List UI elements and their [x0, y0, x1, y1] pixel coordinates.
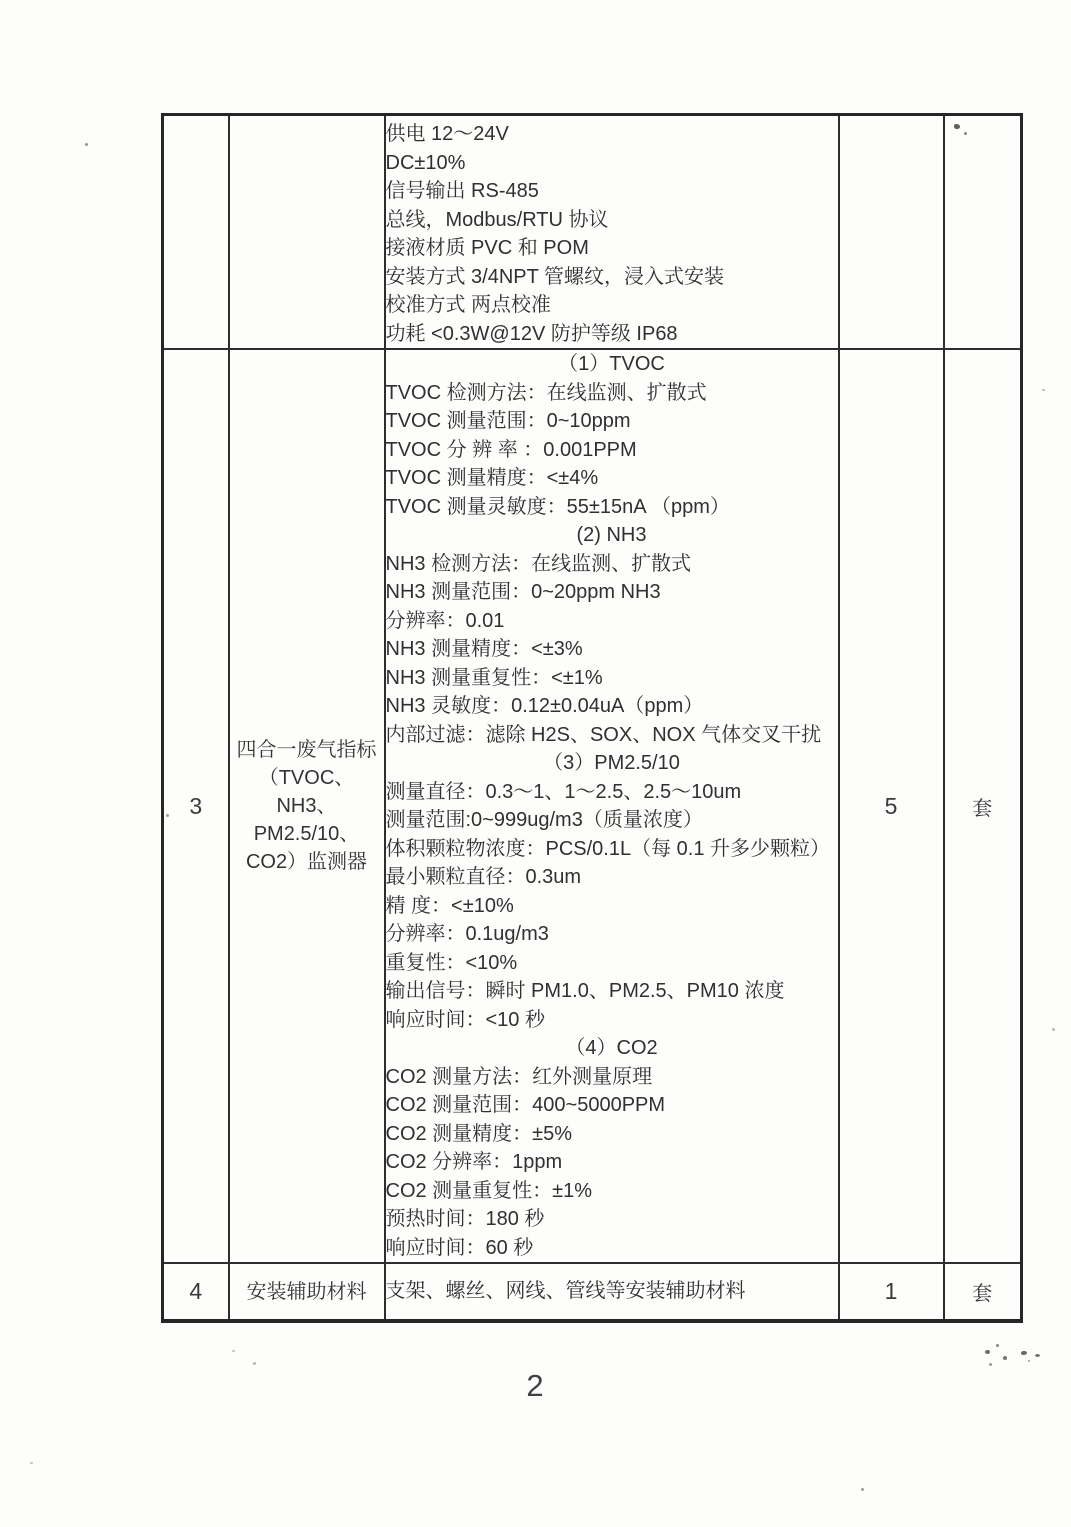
ink-speck [85, 143, 88, 146]
spec-table: 供电 12～24VDC±10%信号输出 RS-485总线，Modbus/RTU … [161, 113, 1023, 1323]
item-name-cell [229, 115, 385, 350]
scanned-page: 供电 12～24VDC±10%信号输出 RS-485总线，Modbus/RTU … [0, 0, 1071, 1527]
text-line: 内部过滤：滤除 H2S、SOX、NOX 气体交叉干扰 [386, 721, 838, 750]
text-line: PM2.5/10、 [230, 820, 384, 848]
text-line: （1）TVOC [386, 350, 838, 379]
item-spec-cell: （1）TVOCTVOC 检测方法：在线监测、扩散式TVOC 测量范围：0~10p… [385, 349, 839, 1263]
ink-speck [1052, 1028, 1055, 1031]
ink-speck [253, 1362, 256, 1365]
unit-cell: 套 [944, 349, 1022, 1263]
text-line: 总线，Modbus/RTU 协议 [386, 206, 838, 235]
text-line: 安装方式 3/4NPT 管螺纹，浸入式安装 [386, 263, 838, 292]
text-line: TVOC 检测方法：在线监测、扩散式 [386, 379, 838, 408]
row-number [163, 115, 229, 350]
text-line: （TVOC、 [230, 764, 384, 792]
quantity-cell: 5 [839, 349, 944, 1263]
text-line: NH3 测量精度：<±3% [386, 635, 838, 664]
text-line: 分辨率：0.1ug/m3 [386, 920, 838, 949]
text-line: 校准方式 两点校准 [386, 291, 838, 320]
table-row: 3 四合一废气指标（TVOC、NH3、PM2.5/10、CO2）监测器 （1）T… [163, 349, 1022, 1263]
text-line: 输出信号：瞬时 PM1.0、PM2.5、PM10 浓度 [386, 977, 838, 1006]
ink-speck [1003, 1356, 1007, 1360]
text-line: TVOC 测量范围：0~10ppm [386, 407, 838, 436]
text-line: 信号输出 RS-485 [386, 177, 838, 206]
text-line: 最小颗粒直径：0.3um [386, 863, 838, 892]
row-number: 3 [163, 349, 229, 1263]
text-line: 功耗 <0.3W@12V 防护等级 IP68 [386, 320, 838, 349]
ink-speck [232, 1350, 235, 1352]
ink-speck [166, 814, 169, 817]
ink-speck [861, 1488, 864, 1491]
ink-speck [954, 124, 960, 129]
ink-speck [985, 1350, 990, 1354]
text-line: 响应时间：60 秒 [386, 1234, 838, 1263]
text-line: CO2 测量重复性：±1% [386, 1177, 838, 1206]
text-line: （3）PM2.5/10 [386, 749, 838, 778]
text-line: 接液材质 PVC 和 POM [386, 234, 838, 263]
ink-speck [1035, 1354, 1040, 1357]
unit-cell [944, 115, 1022, 350]
text-line: NH3 测量范围：0~20ppm NH3 [386, 578, 838, 607]
text-line: 精 度：<±10% [386, 892, 838, 921]
item-name-cell: 四合一废气指标（TVOC、NH3、PM2.5/10、CO2）监测器 [229, 349, 385, 1263]
text-line: 供电 12～24V [386, 120, 838, 149]
text-line: TVOC 分 辨 率 ：0.001PPM [386, 436, 838, 465]
text-line: 重复性：<10% [386, 949, 838, 978]
table-row: 供电 12～24VDC±10%信号输出 RS-485总线，Modbus/RTU … [163, 115, 1022, 350]
text-line: 分辨率：0.01 [386, 607, 838, 636]
text-line: CO2 分辨率：1ppm [386, 1148, 838, 1177]
text-line: TVOC 测量灵敏度：55±15nA （ppm） [386, 493, 838, 522]
text-line: 测量范围:0~999ug/m3（质量浓度） [386, 806, 838, 835]
table-row: 4 安装辅助材料 支架、螺丝、网线、管线等安装辅助材料 1 套 [163, 1263, 1022, 1321]
text-line: 测量直径：0.3～1、1～2.5、2.5～10um [386, 778, 838, 807]
ink-speck [1021, 1351, 1027, 1355]
row-number: 4 [163, 1263, 229, 1321]
text-line: 预热时间：180 秒 [386, 1205, 838, 1234]
ink-speck [964, 132, 967, 135]
text-line: （4）CO2 [386, 1034, 838, 1063]
quantity-cell [839, 115, 944, 350]
unit-cell: 套 [944, 1263, 1022, 1321]
text-line: TVOC 测量精度：<±4% [386, 464, 838, 493]
ink-speck [1042, 389, 1045, 391]
item-name-cell: 安装辅助材料 [229, 1263, 385, 1321]
text-line: NH3 灵敏度：0.12±0.04uA（ppm） [386, 692, 838, 721]
ink-speck [996, 1344, 999, 1347]
text-line: 支架、螺丝、网线、管线等安装辅助材料 [386, 1277, 838, 1306]
text-line: 体积颗粒物浓度：PCS/0.1L（每 0.1 升多少颗粒） [386, 835, 838, 864]
text-line: CO2 测量范围：400~5000PPM [386, 1091, 838, 1120]
item-spec-cell: 供电 12～24VDC±10%信号输出 RS-485总线，Modbus/RTU … [385, 115, 839, 350]
text-line: NH3 测量重复性：<±1% [386, 664, 838, 693]
text-line: CO2 测量精度：±5% [386, 1120, 838, 1149]
text-line: CO2 测量方法：红外测量原理 [386, 1063, 838, 1092]
text-line: NH3 检测方法：在线监测、扩散式 [386, 550, 838, 579]
text-line: DC±10% [386, 149, 838, 178]
text-line: 四合一废气指标 [230, 736, 384, 764]
text-line: 安装辅助材料 [230, 1278, 384, 1306]
ink-speck [1028, 1360, 1030, 1362]
item-spec-cell: 支架、螺丝、网线、管线等安装辅助材料 [385, 1263, 839, 1321]
text-line: NH3、 [230, 792, 384, 820]
text-line: 响应时间：<10 秒 [386, 1006, 838, 1035]
ink-speck [30, 1462, 33, 1464]
quantity-cell: 1 [839, 1263, 944, 1321]
text-line: CO2）监测器 [230, 848, 384, 876]
ink-speck [989, 1363, 992, 1366]
page-number: 2 [0, 1368, 1071, 1404]
text-line: (2) NH3 [386, 521, 838, 550]
